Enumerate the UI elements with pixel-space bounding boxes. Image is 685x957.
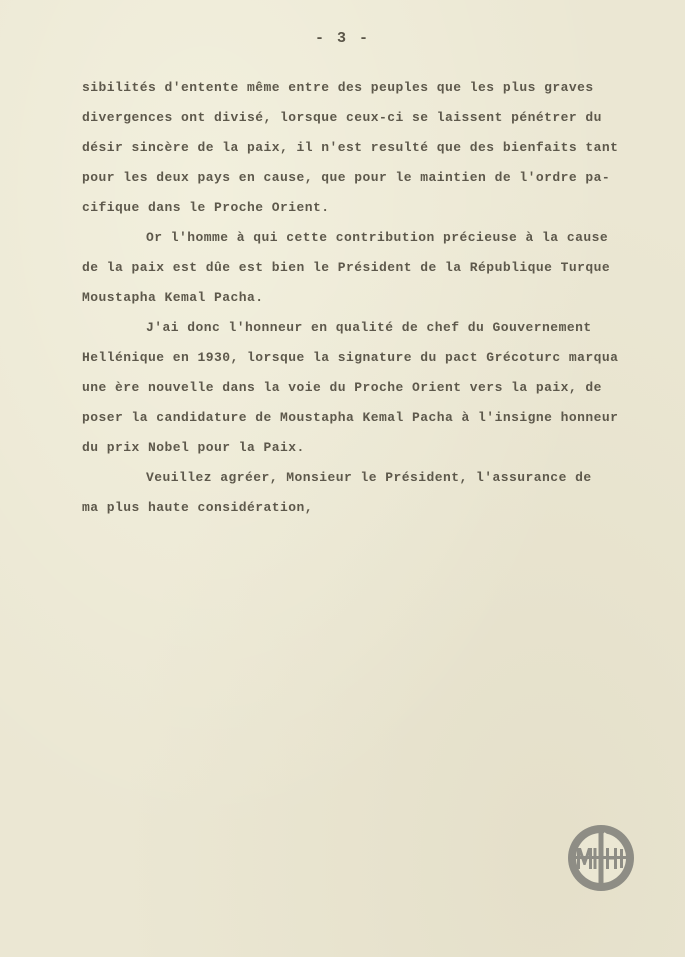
text-line: une ère nouvelle dans la voie du Proche … [82,373,682,403]
text-line: de la paix est dûe est bien le Président… [82,253,682,283]
archive-stamp-icon [566,823,636,893]
document-page: - 3 - sibilités d'entente même entre des… [0,0,685,957]
text-line: Moustapha Kemal Pacha. [82,283,682,313]
text-line: pour les deux pays en cause, que pour le… [82,163,682,193]
page-number: - 3 - [0,30,685,47]
text-line: ma plus haute considération, [82,493,682,523]
paragraph-start-line: Or l'homme à qui cette contribution préc… [82,223,682,253]
letter-body: sibilités d'entente même entre des peupl… [82,73,682,523]
paragraph-start-line: J'ai donc l'honneur en qualité de chef d… [82,313,682,343]
text-line: Hellénique en 1930, lorsque la signature… [82,343,682,373]
text-line: divergences ont divisé, lorsque ceux-ci … [82,103,682,133]
text-line: du prix Nobel pour la Paix. [82,433,682,463]
paragraph-start-line: Veuillez agréer, Monsieur le Président, … [82,463,682,493]
text-line: sibilités d'entente même entre des peupl… [82,73,682,103]
text-line: cifique dans le Proche Orient. [82,193,682,223]
text-line: poser la candidature de Moustapha Kemal … [82,403,682,433]
text-line: désir sincère de la paix, il n'est resul… [82,133,682,163]
